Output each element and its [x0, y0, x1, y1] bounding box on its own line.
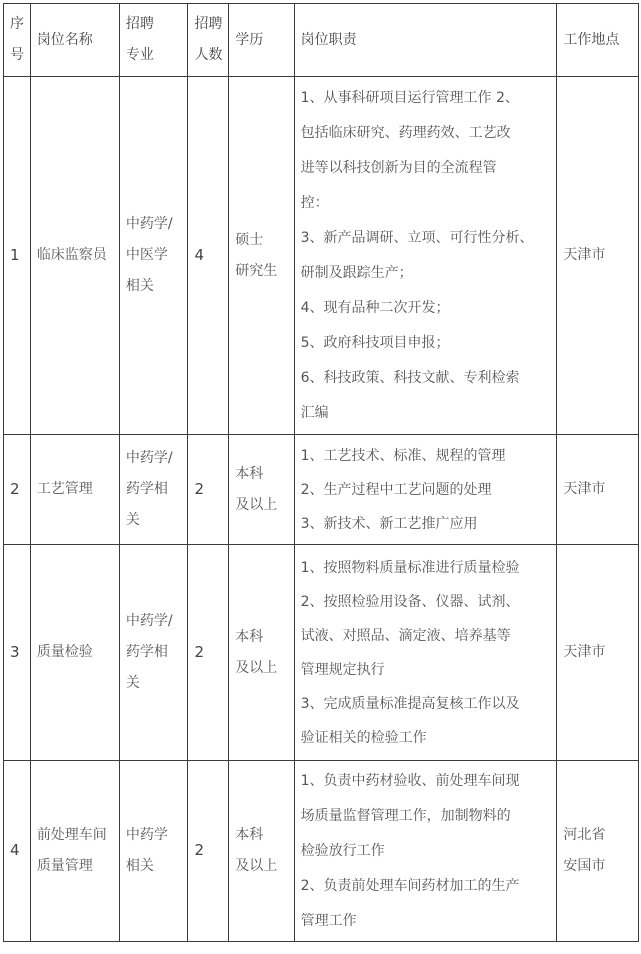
education-line: 及以上 [235, 490, 293, 521]
cell-index: 2 [4, 435, 31, 545]
cell-duties: 1、工艺技术、标准、规程的管理 2、生产过程中工艺问题的处理 3、新技术、新工艺… [294, 435, 557, 545]
duty-line: 6、科技政策、科技文献、专利检索 [301, 361, 557, 396]
header-major: 招聘 专业 [119, 4, 188, 77]
header-education: 学历 [229, 4, 294, 77]
row-index: 4 [10, 841, 20, 859]
cell-count: 2 [188, 761, 229, 942]
header-major-line: 专业 [126, 40, 188, 71]
duty-line: 包括临床研究、药理药效、工艺改 [301, 116, 557, 151]
header-index-line: 序 [10, 9, 30, 40]
major-line: 中药学 [126, 820, 188, 851]
duty-line: 控： [301, 186, 557, 221]
cell-duties: 1、从事科研项目运行管理工作 2、 包括临床研究、药理药效、工艺改 进等以科技创… [294, 77, 557, 435]
education-line: 硕士 [235, 225, 293, 256]
cell-position: 临床监察员 [30, 77, 119, 435]
duty-line: 1、负责中药材验收、前处理车间现 [301, 764, 557, 799]
header-duties: 岗位职责 [294, 4, 557, 77]
table-header-row: 序 号 岗位名称 招聘 专业 招聘 人数 学历 岗位职责 工作地点 [4, 4, 639, 77]
duty-line: 1、从事科研项目运行管理工作 2、 [301, 81, 557, 116]
header-index-line: 号 [10, 40, 30, 71]
header-count: 招聘 人数 [188, 4, 229, 77]
major-line: 药学相 [126, 637, 188, 668]
location-line: 天津市 [563, 474, 638, 505]
cell-major: 中药学/ 药学相 关 [119, 545, 188, 761]
cell-index: 3 [4, 545, 31, 761]
education-line: 研究生 [235, 256, 293, 287]
major-line: 中药学/ [126, 606, 188, 637]
major-line: 相关 [126, 851, 188, 882]
major-line: 中药学/ [126, 443, 188, 474]
duty-line: 5、政府科技项目申报； [301, 326, 557, 361]
cell-duties: 1、按照物料质量标准进行质量检验 2、按照检验用设备、仪器、试剂、 试液、对照品… [294, 545, 557, 761]
cell-index: 1 [4, 77, 31, 435]
duty-line: 2、按照检验用设备、仪器、试剂、 [301, 585, 557, 619]
duty-line: 验证相关的检验工作 [301, 721, 557, 755]
education-line: 本科 [235, 459, 293, 490]
header-major-line: 招聘 [126, 9, 188, 40]
header-education-label: 学历 [235, 25, 293, 56]
major-line: 中医学 [126, 240, 188, 271]
education-line: 本科 [235, 820, 293, 851]
duty-line: 1、按照物料质量标准进行质量检验 [301, 551, 557, 585]
major-line: 相关 [126, 271, 188, 302]
duty-line: 4、现有品种二次开发； [301, 291, 557, 326]
cell-education: 本科 及以上 [229, 545, 294, 761]
cell-count: 4 [188, 77, 229, 435]
cell-location: 天津市 [557, 435, 639, 545]
duty-line: 2、负责前处理车间药材加工的生产 [301, 869, 557, 904]
header-count-line: 人数 [194, 40, 228, 71]
education-line: 及以上 [235, 653, 293, 684]
header-count-line: 招聘 [194, 9, 228, 40]
cell-count: 2 [188, 435, 229, 545]
header-duties-label: 岗位职责 [301, 25, 557, 56]
cell-location: 天津市 [557, 545, 639, 761]
duty-line: 管理工作 [301, 904, 557, 939]
row-index: 2 [10, 480, 20, 498]
position-line: 前处理车间 [37, 820, 119, 851]
major-line: 中药学/ [126, 209, 188, 240]
recruitment-table: 序 号 岗位名称 招聘 专业 招聘 人数 学历 岗位职责 工作地点 1 临床监察… [3, 3, 639, 942]
row-index: 3 [10, 643, 20, 661]
major-line: 药学相 [126, 474, 188, 505]
cell-duties: 1、负责中药材验收、前处理车间现 场质量监督管理工作，加制物料的 检验放行工作 … [294, 761, 557, 942]
major-line: 关 [126, 505, 188, 536]
cell-major: 中药学/ 药学相 关 [119, 435, 188, 545]
position-line: 临床监察员 [37, 240, 119, 271]
cell-index: 4 [4, 761, 31, 942]
cell-position: 质量检验 [30, 545, 119, 761]
education-line: 及以上 [235, 851, 293, 882]
location-line: 安国市 [563, 851, 638, 882]
cell-location: 天津市 [557, 77, 639, 435]
header-position: 岗位名称 [30, 4, 119, 77]
duty-line: 进等以科技创新为目的全流程管 [301, 151, 557, 186]
cell-count: 2 [188, 545, 229, 761]
duty-line: 1、工艺技术、标准、规程的管理 [301, 439, 557, 473]
location-line: 天津市 [563, 637, 638, 668]
cell-location: 河北省 安国市 [557, 761, 639, 942]
cell-education: 本科 及以上 [229, 435, 294, 545]
cell-education: 本科 及以上 [229, 761, 294, 942]
cell-position: 工艺管理 [30, 435, 119, 545]
duty-line: 3、新产品调研、立项、可行性分析、 [301, 221, 557, 256]
position-line: 工艺管理 [37, 474, 119, 505]
cell-position: 前处理车间 质量管理 [30, 761, 119, 942]
table-row: 3 质量检验 中药学/ 药学相 关 2 本科 及以上 1、按照物料质量标准进行质… [4, 545, 639, 761]
duty-line: 场质量监督管理工作，加制物料的 [301, 799, 557, 834]
position-line: 质量检验 [37, 637, 119, 668]
position-line: 质量管理 [37, 851, 119, 882]
table-row: 4 前处理车间 质量管理 中药学 相关 2 本科 及以上 1、负责中药材验收、前… [4, 761, 639, 942]
cell-major: 中药学/ 中医学 相关 [119, 77, 188, 435]
duty-line: 管理规定执行 [301, 653, 557, 687]
headcount: 2 [194, 643, 204, 661]
duty-line: 试液、对照品、滴定液、培养基等 [301, 619, 557, 653]
duty-line: 3、完成质量标准提高复核工作以及 [301, 687, 557, 721]
header-location-label: 工作地点 [563, 25, 638, 56]
header-location: 工作地点 [557, 4, 639, 77]
headcount: 2 [194, 480, 204, 498]
location-line: 天津市 [563, 240, 638, 271]
cell-education: 硕士 研究生 [229, 77, 294, 435]
headcount: 2 [194, 841, 204, 859]
education-line: 本科 [235, 622, 293, 653]
header-index: 序 号 [4, 4, 31, 77]
headcount: 4 [194, 246, 204, 264]
duty-line: 汇编 [301, 396, 557, 431]
header-position-label: 岗位名称 [37, 25, 119, 56]
table-row: 1 临床监察员 中药学/ 中医学 相关 4 硕士 研究生 1、从事科研项目运行管… [4, 77, 639, 435]
duty-line: 2、生产过程中工艺问题的处理 [301, 473, 557, 507]
duty-line: 检验放行工作 [301, 834, 557, 869]
duty-line: 研制及跟踪生产； [301, 256, 557, 291]
cell-major: 中药学 相关 [119, 761, 188, 942]
duty-line: 3、新技术、新工艺推广应用 [301, 507, 557, 541]
row-index: 1 [10, 246, 20, 264]
major-line: 关 [126, 668, 188, 699]
table-row: 2 工艺管理 中药学/ 药学相 关 2 本科 及以上 1、工艺技术、标准、规程的… [4, 435, 639, 545]
location-line: 河北省 [563, 820, 638, 851]
